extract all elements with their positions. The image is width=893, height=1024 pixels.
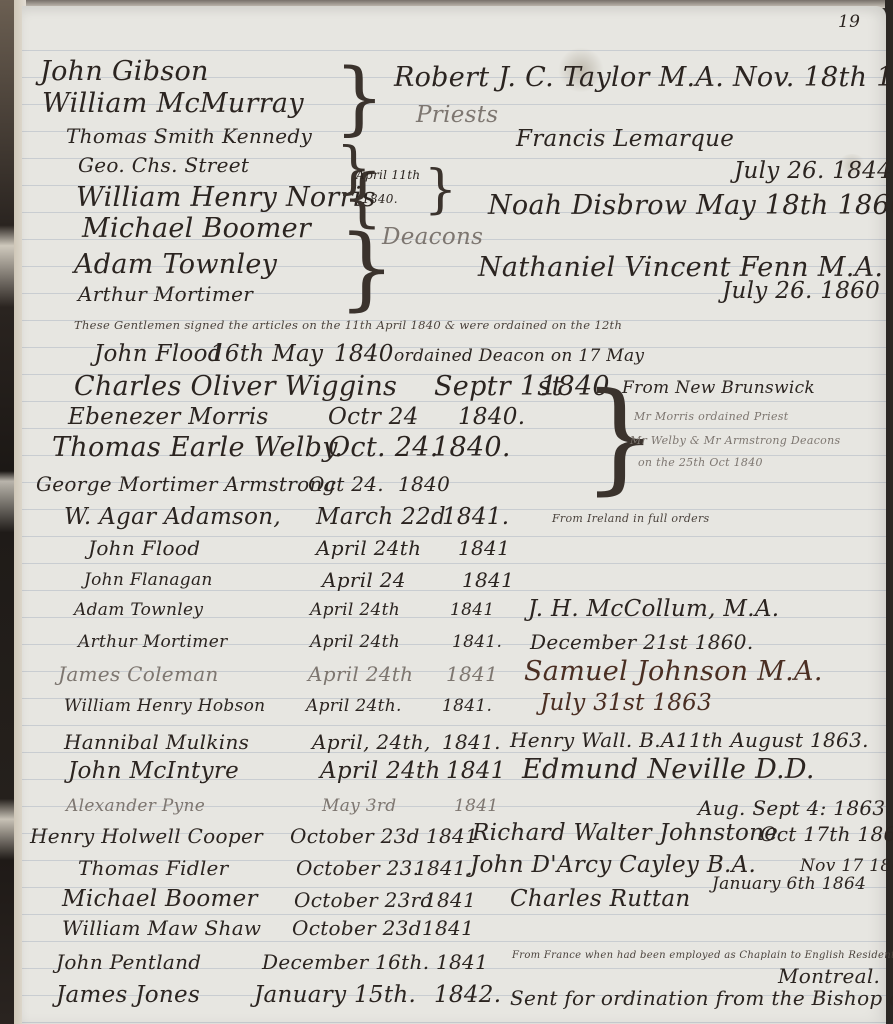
entry-name: John Pentland	[56, 950, 201, 974]
right-entry-ruttan-date: January 6th 1864	[712, 874, 866, 894]
entry-name: William Henry Hobson	[64, 696, 265, 716]
bracket-date-line1: April 11th	[356, 168, 420, 182]
right-entry-edmund-neville: Edmund Neville D.D.	[522, 754, 815, 785]
entry-note-ordination: Sent for ordination from the Bishop of	[510, 986, 893, 1010]
register-page: 19 John Gibson William McMurray Thomas S…	[22, 6, 886, 1024]
entry-name: John Flood	[88, 536, 200, 560]
side-note-line1: Mr Morris ordained Priest	[634, 410, 788, 423]
name-william-henry-norris: William Henry Norris	[76, 182, 376, 213]
entry-year: 1841	[422, 916, 474, 940]
right-entry-henry-wall-date: 11th August 1863.	[676, 728, 869, 752]
entry-date: Oct 24.	[308, 472, 384, 496]
entry-date: 16th May	[210, 341, 323, 367]
entry-noah-disbrow: Noah Disbrow May 18th 1860	[488, 190, 893, 221]
entry-year: 1841	[462, 568, 514, 592]
entry-date: October 23d	[292, 916, 422, 940]
entry-name: Michael Boomer	[62, 886, 258, 912]
right-entry-henry-wall: Henry Wall. B.A.	[510, 728, 682, 752]
side-note-line3: on the 25th Oct 1840	[638, 456, 763, 469]
name-thomas-smith-kennedy: Thomas Smith Kennedy	[66, 124, 312, 148]
right-entry-charles-ruttan: Charles Ruttan	[510, 886, 691, 912]
entry-date: March 22d	[316, 504, 446, 530]
entry-name: James Coleman	[58, 662, 219, 686]
entry-name: Thomas Fidler	[78, 856, 229, 880]
entry-name: John McIntyre	[68, 758, 239, 784]
label-deacons: Deacons	[382, 224, 483, 250]
name-geo-chs-street: Geo. Chs. Street	[78, 153, 249, 177]
entry-date: April 24th.	[306, 696, 402, 716]
entry-date: Oct. 24.	[328, 432, 439, 463]
name-adam-townley: Adam Townley	[74, 249, 277, 280]
right-entry-richard-johnstone: Richard Walter Johnstone	[472, 820, 778, 846]
entry-year: 1841	[426, 824, 478, 848]
entry-name: Adam Townley	[74, 600, 203, 620]
side-note-line2: Mr Welby & Mr Armstrong Deacons	[630, 434, 840, 447]
page-number: 19	[838, 12, 860, 32]
entry-name: Henry Holwell Cooper	[30, 824, 263, 848]
entry-date: April 24th	[308, 662, 413, 686]
entry-year: 1840.	[458, 404, 525, 430]
brace-left-top: }	[334, 58, 385, 138]
entry-year: 1841	[450, 600, 494, 620]
book-binding	[0, 0, 14, 1024]
entry-name: John Flanagan	[84, 570, 213, 590]
right-entry-samuel-johnson: Samuel Johnson M.A.	[524, 656, 823, 687]
entry-year: 1841	[446, 758, 506, 784]
entry-date: April 24	[322, 568, 406, 592]
entry-date: October 23.	[296, 856, 419, 880]
entry-name: Ebenezer Morris	[68, 404, 269, 430]
entry-year: 1841.	[442, 730, 501, 754]
entry-date: October 23rd	[294, 888, 434, 912]
entry-year: 1840	[334, 341, 394, 367]
entry-year: 1841.	[442, 696, 492, 716]
name-john-gibson: John Gibson	[40, 56, 209, 87]
note-gentlemen-signed: These Gentlemen signed the articles on t…	[74, 318, 622, 332]
entry-date: April 24th	[320, 758, 441, 784]
entry-date: Octr 24	[328, 404, 419, 430]
entry-date: May 3rd	[322, 796, 396, 816]
entry-year: 1840.	[432, 432, 511, 463]
right-entry-neville-date: Aug. Sept 4: 1863	[698, 796, 885, 820]
right-entry-johnstone-date: Oct 17th 1863	[760, 822, 893, 846]
entry-robert-taylor: Robert J. C. Taylor M.A. Nov. 18th 1839	[394, 62, 893, 93]
entry-nathaniel-fenn-date: July 26. 1860	[722, 278, 880, 304]
entry-note: From Ireland in full orders	[552, 512, 709, 525]
name-william-mcmurray: William McMurray	[42, 88, 304, 119]
entry-date: April, 24th,	[312, 730, 431, 754]
label-priests: Priests	[416, 102, 498, 128]
note-montreal: Montreal.	[778, 964, 880, 988]
entry-name: James Jones	[56, 982, 200, 1008]
entry-year: 1841.	[414, 856, 473, 880]
entry-name: Alexander Pyne	[66, 796, 205, 816]
entry-date: April 24th	[316, 536, 421, 560]
entry-francis-lemarque-date: July 26. 1844	[734, 158, 892, 184]
right-entry-date-1863: July 31st 1863	[540, 690, 712, 716]
entry-year: 1841	[446, 662, 498, 686]
entry-year: 1841	[458, 536, 510, 560]
entry-year: 1840	[398, 472, 450, 496]
entry-name: George Mortimer Armstrong	[36, 472, 336, 496]
entry-year: 1841.	[452, 632, 502, 652]
entry-date: October 23d	[290, 824, 420, 848]
name-michael-boomer: Michael Boomer	[82, 213, 311, 244]
entry-date: December 16th.	[262, 950, 429, 974]
entry-year: 1841	[424, 888, 476, 912]
entry-date: January 15th.	[254, 982, 416, 1008]
entry-name: Hannibal Mulkins	[64, 730, 249, 754]
entry-year: 1841	[454, 796, 498, 816]
entry-year: 1841	[436, 950, 488, 974]
entry-note-france: From France when had been employed as Ch…	[512, 950, 893, 961]
entry-date: April 24th	[310, 600, 400, 620]
entry-name: Arthur Mortimer	[78, 632, 228, 652]
entry-name: W. Agar Adamson,	[64, 504, 281, 530]
entry-name: John Flood	[94, 341, 223, 367]
right-entry-mccollum: J. H. McCollum, M.A.	[528, 596, 779, 622]
entry-name: Charles Oliver Wiggins	[74, 371, 397, 402]
entry-name: Thomas Earle Welby.	[52, 432, 343, 463]
entry-note: ordained Deacon on 17 May	[394, 346, 644, 366]
entry-year: 1842.	[434, 982, 501, 1008]
brace-date-close: }	[424, 164, 457, 216]
name-arthur-mortimer: Arthur Mortimer	[78, 282, 253, 306]
entry-francis-lemarque: Francis Lemarque	[516, 126, 734, 152]
entry-name: William Maw Shaw	[62, 916, 261, 940]
entry-date: April 24th	[310, 632, 400, 652]
entry-year: 1841.	[442, 504, 509, 530]
right-entry-date-1860: December 21st 1860.	[530, 630, 754, 654]
right-entry-cayley-date: Nov 17 1863	[800, 856, 893, 876]
bracket-date-line2: 1840.	[362, 192, 398, 206]
